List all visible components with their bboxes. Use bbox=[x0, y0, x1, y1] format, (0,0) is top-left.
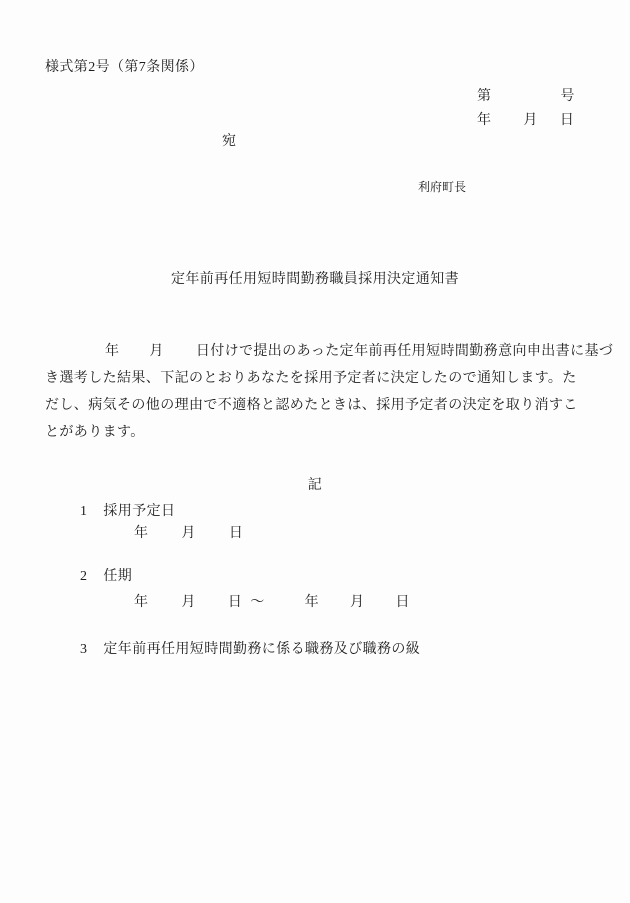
addressee-suffix-label: 宛 bbox=[222, 134, 236, 149]
body-indent-blank bbox=[45, 354, 105, 355]
item-2-label: 任期 bbox=[103, 569, 132, 584]
body-line-1: 年月日付けで提出のあった定年前再任用短時間勤務意向申出書に基づ bbox=[45, 345, 613, 359]
sender-name: 利府町長 bbox=[418, 181, 466, 193]
item-2-number: 2 bbox=[80, 569, 87, 584]
period-start-year-blank bbox=[148, 605, 181, 606]
doc-number-prefix: 第 bbox=[477, 89, 491, 104]
issue-year-blank bbox=[491, 123, 523, 124]
item-1-month-label: 月 bbox=[181, 526, 195, 541]
period-start-day-label: 日 bbox=[228, 595, 242, 610]
doc-number-suffix: 号 bbox=[560, 89, 574, 104]
body-line-2: き選考した結果、下記のとおりあなたを採用予定者に決定したので通知します。た bbox=[45, 372, 577, 386]
body-year-blank bbox=[119, 354, 149, 355]
body-month-blank bbox=[164, 354, 196, 355]
item-1-heading: 1採用予定日 bbox=[80, 505, 175, 519]
item-1-year-blank bbox=[148, 536, 181, 537]
body-line-4: とがあります。 bbox=[45, 426, 145, 440]
item-2-number-gap bbox=[87, 579, 103, 580]
period-end-year-blank bbox=[319, 605, 350, 606]
period-end-month-label: 月 bbox=[350, 595, 364, 610]
record-marker: 記 bbox=[0, 479, 630, 493]
body-month-label: 月 bbox=[149, 344, 163, 359]
issue-month-blank bbox=[538, 123, 560, 124]
addressee-line: 宛 bbox=[60, 135, 236, 149]
item-1-date-line: 年月日 bbox=[134, 527, 243, 541]
period-start-month-label: 月 bbox=[181, 595, 195, 610]
item-1-day-label: 日 bbox=[229, 526, 243, 541]
item-1-label: 採用予定日 bbox=[103, 504, 175, 519]
document-title: 定年前再任用短時間勤務職員採用決定通知書 bbox=[0, 273, 630, 287]
period-end-month-blank bbox=[364, 605, 395, 606]
item-2-heading: 2任期 bbox=[80, 570, 132, 584]
issue-day-label: 日 bbox=[560, 113, 574, 128]
item-3-number-gap bbox=[87, 652, 103, 653]
period-end-day-label: 日 bbox=[395, 595, 409, 610]
item-1-number-gap bbox=[87, 514, 103, 515]
body-line-1-text: 日付けで提出のあった定年前再任用短時間勤務意向申出書に基づ bbox=[196, 344, 613, 359]
item-3-label: 定年前再任用短時間勤務に係る職務及び職務の級 bbox=[103, 642, 420, 657]
document-page: 様式第2号（第7条関係） 第号 年月日 宛 利府町長 定年前再任用短時間勤務職員… bbox=[0, 0, 630, 903]
period-end-year-blank-lead bbox=[265, 605, 305, 606]
period-start-year-label: 年 bbox=[134, 595, 148, 610]
issue-date-line: 年月日 bbox=[477, 114, 574, 128]
form-label: 様式第2号（第7条関係） bbox=[45, 61, 204, 75]
issue-year-label: 年 bbox=[477, 113, 491, 128]
body-line-3: だし、病気その他の理由で不適格と認めたときは、採用予定者の決定を取り消すこ bbox=[45, 399, 578, 413]
period-start-month-blank bbox=[196, 605, 228, 606]
doc-number-blank bbox=[491, 99, 560, 100]
item-1-month-blank bbox=[196, 536, 229, 537]
tilde-separator: ～ bbox=[250, 595, 264, 610]
item-1-number: 1 bbox=[80, 504, 87, 519]
item-1-year-label: 年 bbox=[134, 526, 148, 541]
period-end-year-label: 年 bbox=[305, 595, 319, 610]
body-year-label: 年 bbox=[105, 344, 119, 359]
addressee-name-blank bbox=[60, 144, 222, 145]
item-3-heading: 3定年前再任用短時間勤務に係る職務及び職務の級 bbox=[80, 643, 420, 657]
doc-number-line: 第号 bbox=[477, 90, 575, 104]
issue-month-label: 月 bbox=[523, 113, 537, 128]
item-2-period-line: 年月日～年月日 bbox=[134, 596, 410, 610]
item-3-number: 3 bbox=[80, 642, 87, 657]
